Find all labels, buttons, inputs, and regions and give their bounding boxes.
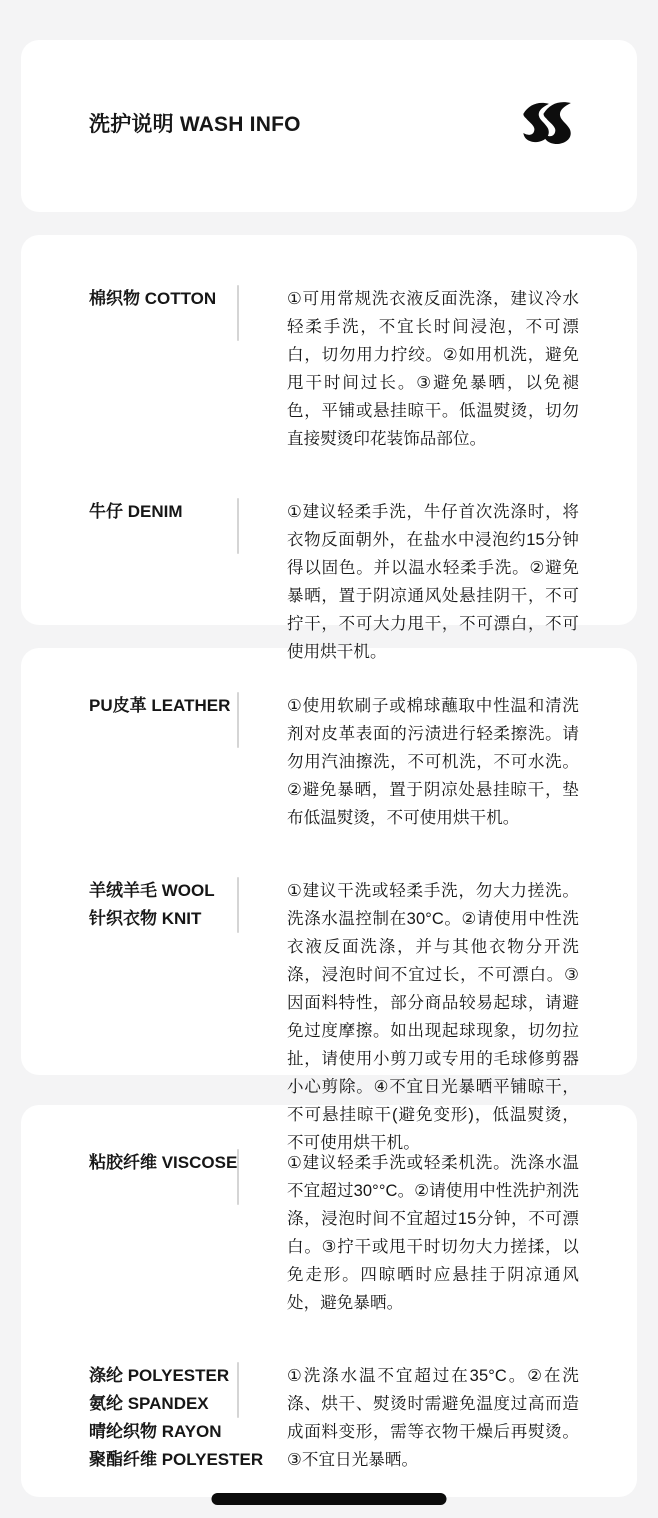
fabric-label-line: 棉织物 COTTON bbox=[89, 285, 237, 313]
fabric-label-viscose: 粘胶纤维 VISCOSE bbox=[89, 1149, 237, 1177]
care-text-cotton: ①可用常规洗衣液反面洗涤，建议冷水轻柔手洗，不宜长时间浸泡，不可漂白，切勿用力拧… bbox=[287, 285, 579, 453]
card-cotton-denim: 棉织物 COTTON ①可用常规洗衣液反面洗涤，建议冷水轻柔手洗，不宜长时间浸泡… bbox=[21, 235, 637, 625]
vertical-divider bbox=[237, 692, 239, 748]
double-wave-s-logo-icon bbox=[519, 102, 577, 144]
fabric-label-line: 牛仔 DENIM bbox=[89, 498, 237, 526]
vertical-divider bbox=[237, 498, 239, 554]
home-indicator[interactable] bbox=[212, 1493, 447, 1505]
fabric-label-line: 氨纶 SPANDEX bbox=[89, 1390, 237, 1418]
fabric-label-denim: 牛仔 DENIM bbox=[89, 498, 237, 526]
fabric-label-wool-knit: 羊绒羊毛 WOOL 针织衣物 KNIT bbox=[89, 877, 237, 933]
fabric-label-line: 针织衣物 KNIT bbox=[89, 905, 237, 933]
care-row-denim: 牛仔 DENIM ①建议轻柔手洗，牛仔首次洗涤时，将衣物反面朝外，在盐水中浸泡约… bbox=[89, 498, 579, 666]
fabric-label-cotton: 棉织物 COTTON bbox=[89, 285, 237, 313]
vertical-divider bbox=[237, 877, 239, 933]
care-text-viscose: ①建议轻柔手洗或轻柔机洗。洗涤水温不宜超过30°°C。②请使用中性洗护剂洗涤，浸… bbox=[287, 1149, 579, 1317]
vertical-divider bbox=[237, 285, 239, 341]
fabric-label-line: 粘胶纤维 VISCOSE bbox=[89, 1149, 237, 1177]
fabric-label-polyester-group: 涤纶 POLYESTER 氨纶 SPANDEX 晴纶织物 RAYON 聚酯纤维 … bbox=[89, 1362, 237, 1474]
care-row-cotton: 棉织物 COTTON ①可用常规洗衣液反面洗涤，建议冷水轻柔手洗，不宜长时间浸泡… bbox=[89, 285, 579, 453]
card-viscose-polyester: 粘胶纤维 VISCOSE ①建议轻柔手洗或轻柔机洗。洗涤水温不宜超过30°°C。… bbox=[21, 1105, 637, 1497]
fabric-label-line: 涤纶 POLYESTER bbox=[89, 1362, 237, 1390]
care-text-leather: ①使用软刷子或棉球蘸取中性温和清洗剂对皮革表面的污渍进行轻柔擦洗。请勿用汽油擦洗… bbox=[287, 692, 579, 832]
fabric-label-leather: PU皮革 LEATHER bbox=[89, 692, 237, 720]
care-text-wool-knit: ①建议干洗或轻柔手洗，勿大力搓洗。洗涤水温控制在30°C。②请使用中性洗衣液反面… bbox=[287, 877, 579, 1157]
fabric-label-line: 羊绒羊毛 WOOL bbox=[89, 877, 237, 905]
care-text-polyester-group: ①洗涤水温不宜超过在35°C。②在洗涤、烘干、熨烫时需避免温度过高而造成面料变形… bbox=[287, 1362, 579, 1474]
vertical-divider bbox=[237, 1362, 239, 1418]
care-text-denim: ①建议轻柔手洗，牛仔首次洗涤时，将衣物反面朝外，在盐水中浸泡约15分钟得以固色。… bbox=[287, 498, 579, 666]
care-row-polyester-group: 涤纶 POLYESTER 氨纶 SPANDEX 晴纶织物 RAYON 聚酯纤维 … bbox=[89, 1362, 579, 1474]
fabric-label-line: 晴纶织物 RAYON bbox=[89, 1418, 237, 1446]
fabric-label-line: 聚酯纤维 POLYESTER bbox=[89, 1446, 237, 1474]
card-leather-wool: PU皮革 LEATHER ①使用软刷子或棉球蘸取中性温和清洗剂对皮革表面的污渍进… bbox=[21, 648, 637, 1075]
header-card: 洗护说明 WASH INFO bbox=[21, 40, 637, 212]
vertical-divider bbox=[237, 1149, 239, 1205]
fabric-label-line: PU皮革 LEATHER bbox=[89, 692, 237, 720]
care-row-leather: PU皮革 LEATHER ①使用软刷子或棉球蘸取中性温和清洗剂对皮革表面的污渍进… bbox=[89, 692, 579, 832]
care-row-viscose: 粘胶纤维 VISCOSE ①建议轻柔手洗或轻柔机洗。洗涤水温不宜超过30°°C。… bbox=[89, 1149, 579, 1317]
page-title: 洗护说明 WASH INFO bbox=[89, 108, 301, 138]
